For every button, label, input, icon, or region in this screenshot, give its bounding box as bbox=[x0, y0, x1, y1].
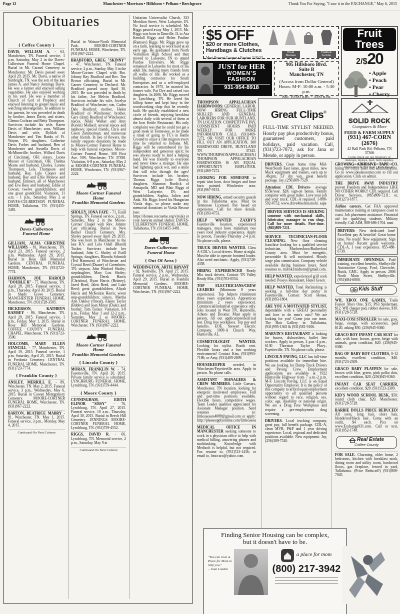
classified-ad-lead: HELP WANTED ZAXBY'S bbox=[197, 218, 256, 223]
obituary-name: BARTON, BEATRICE MABRY bbox=[8, 411, 62, 416]
classified-ad: BAG OF BABY BOY CLOTHES, 0-12 months, ex… bbox=[335, 350, 398, 365]
classified-ad: ARE YOU A MOTIVATED STYLIST, dependable … bbox=[265, 303, 327, 330]
classified-ad-lead: GRACO BOY INFANT CAR SEAT bbox=[335, 332, 393, 337]
exchange-figure-icon bbox=[345, 550, 391, 600]
classified-ad-lead: GRACO BABY PLAYPEN bbox=[335, 367, 382, 372]
svg-text:B: B bbox=[355, 288, 357, 292]
classified-ad: TRUCK DRIVER WANTED. Class A-CDL's. Loca… bbox=[197, 244, 256, 267]
classified-ad-lead: LINCOLN PAVING, LLC bbox=[265, 355, 307, 360]
mountains-cross-icon bbox=[350, 100, 390, 113]
classified-ad: HELP WANTED ZAXBY'S Fayetteville locatio… bbox=[197, 217, 256, 244]
obituary-name: ANSLEY, MERRILL E. bbox=[8, 380, 52, 385]
classified-ad-lead: MEDICAL OFFICE IN MANCHESTER bbox=[197, 425, 256, 434]
classified-ad-lead: COSMETOLOGIST WANTED. bbox=[197, 339, 256, 344]
obituary-name: HARMON, JOE HAROLD "DOUBLE H" bbox=[8, 276, 65, 285]
obituary-entry: SHOLEY, IONA FAYE - 71, Estill Springs, … bbox=[71, 209, 126, 329]
communities-list: Manchester • Morrison • Hillsboro • Pelh… bbox=[103, 0, 201, 8]
classified-ad: Airline careers. Get FAA approved mainte… bbox=[335, 203, 398, 226]
classified-ad-lead: SERVICE TECHNICIAN-FLOOR CLEANING. bbox=[265, 234, 327, 243]
joan-lunden-photo bbox=[234, 549, 268, 595]
classified-ad: IMMEDIATE OPENINGS. Paid training, excel… bbox=[338, 258, 396, 282]
classified-ad: LOOKING FOR SOMEONE to repair trim horn,… bbox=[197, 174, 256, 193]
obituary-name: MORAN, FRANKLIN W. bbox=[71, 367, 115, 372]
obituary-entry: BARTON, BEATRICE MABRY - 91, Winchester,… bbox=[8, 410, 65, 429]
classified-ad: DRIVER SERVICES IS SEEKING someone with … bbox=[268, 210, 325, 230]
section-sublabel: Coffee County bbox=[338, 443, 396, 447]
handbag-icon bbox=[302, 29, 315, 46]
classified-ad: DRIVERS. Great home time Mid-West/South … bbox=[265, 161, 327, 184]
store-address-box: 905 Hillsboro Blvd. Suite B Manchester, … bbox=[274, 61, 339, 96]
classified-ad: FOR SALE. Charming, older home, 2 bedroo… bbox=[335, 451, 398, 478]
funeral-home-logo: Daves-CulbertsonFuneral Home bbox=[133, 233, 189, 256]
obituary-name: HICKERSON, KATHRYN RAMSEY bbox=[8, 307, 65, 316]
classified-ad-lead: THOMPSON APPALACHIAN HARDWOODS: bbox=[197, 100, 256, 109]
obituary-entry: HOLCOMB, MARY ELLEN STANCILL - 77, Manch… bbox=[8, 341, 65, 372]
classified-ad: INFANT CAR SEAT CARRIER, excellent condi… bbox=[335, 381, 398, 392]
just-for-her-ad: JUST for HER WOMEN'S FASHION 931-954-891… bbox=[196, 61, 339, 96]
boxed-classified-ad: IMMEDIATE OPENINGS. Paid training, excel… bbox=[336, 256, 398, 283]
solid-rock-fine-print: Come check out our inventory of desktops… bbox=[343, 156, 396, 170]
horse-carriage-icon bbox=[23, 217, 51, 226]
store-hours: Hours: M-F: 10:00 a.m. - 5:30 p.m. bbox=[277, 84, 336, 94]
obituary-column-3: Unitarian Universalist Church, 333 Merid… bbox=[129, 15, 189, 599]
classified-ad: MAXI-COSI STROLLER for sale, gray, beige… bbox=[335, 316, 398, 331]
classified-ad-lead: HELP WANTED, bbox=[265, 274, 293, 279]
obituary-entry: CUNNINGHAM, EDITH ELINOR "SISSY" - 76, L… bbox=[71, 396, 126, 431]
place-for-mom-ad: Finding Senior Housing can be complex,bu… bbox=[203, 528, 347, 614]
classified-ad: SERVICE TECHNICIAN-FLOOR CLEANING. New f… bbox=[265, 233, 327, 272]
obituary-column-2: Burial in Watson-North Memorial Park. MO… bbox=[68, 39, 126, 599]
classified-ad-lead: BAG OF BABY BOY CLOTHES, bbox=[335, 351, 390, 356]
obituary-name: RIGGS, DAVID R. bbox=[71, 432, 110, 437]
coupon-clothing-images: Prom Dresses Fashion Gowns bbox=[267, 29, 336, 56]
obituary-entry: MORAN, FRANKLIN W. - 74, Fayetteville, T… bbox=[71, 366, 126, 389]
classified-ad-lead: WII, XBOX ONE GAMES, bbox=[335, 298, 386, 303]
classified-ad: LINCOLN PAVING, LLC has full-time positi… bbox=[265, 353, 327, 417]
alphabet-blocks-icon: AB bbox=[351, 287, 358, 293]
classified-ad-lead: DRIVERS. bbox=[265, 418, 283, 423]
fruit-trees-ad: Fruit Trees 2/$20 • Apple • Peach • Pear… bbox=[341, 26, 398, 96]
classified-ad: HIRING EXPERIENCED Ready Mix truck drive… bbox=[197, 267, 256, 282]
just-for-her-logo-box: JUST for HER WOMEN'S FASHION 931-954-891… bbox=[196, 61, 272, 96]
horse-carriage-icon bbox=[147, 235, 175, 244]
classified-ad-lead: BARBIE DOLLS PRICE REDUCED! bbox=[335, 408, 398, 413]
classified-ad: DRIVERS. Local trucking company, great p… bbox=[265, 417, 327, 444]
county-section-header: { Out Of Area } bbox=[133, 259, 189, 263]
mom-logo-words: a place for mom bbox=[296, 553, 331, 558]
great-clips-logo: Great Clips® bbox=[263, 109, 334, 121]
obituary-column-1: { Coffee County }DAVIS, WILLIAM A. - 63,… bbox=[8, 39, 65, 599]
classified-ad-lead: KID'S WOOD SCHOOL DESK, bbox=[335, 393, 389, 398]
funeral-home-name: Franklin Memorial Gardens bbox=[71, 201, 126, 206]
great-clips-text: FULL-TIME STYLIST NEEDED. Hourly pay plu… bbox=[263, 126, 334, 160]
store-phone: 931-954-8918 bbox=[213, 84, 270, 91]
model-photo bbox=[198, 63, 213, 94]
continued-note: Continued On Next Column bbox=[71, 447, 126, 453]
obituary-name: BRADFORD, GREG "SKINNY" bbox=[71, 58, 126, 63]
classified-ad: TOP ELECTRICIANS/CREW LEADERS (Minimum 8… bbox=[197, 282, 256, 338]
mom-headline: Finding Senior Housing can be complex,bu… bbox=[208, 532, 342, 547]
fine-print-line bbox=[275, 577, 338, 578]
svg-text:A: A bbox=[351, 288, 353, 292]
classified-ad: MARVIN'S RESTAURANT is looking for buser… bbox=[265, 330, 327, 353]
store-name: JUST for HER bbox=[213, 63, 270, 71]
classified-column-2: DRIVERS. Great home time Mid-West/South … bbox=[261, 161, 327, 528]
fine-print-line bbox=[275, 580, 338, 581]
woman-silhouette-icon bbox=[234, 549, 268, 595]
obituary-name: HOLCOMB, MARY ELLEN STANCILL bbox=[8, 342, 65, 351]
horse-carriage-icon bbox=[85, 181, 113, 190]
classified-section-header: ABKids Stuff bbox=[336, 286, 397, 295]
clothing-label: Fashion Gowns bbox=[317, 51, 336, 58]
continued-note: Continued On Next Column bbox=[8, 429, 65, 435]
classified-ad-lead: MARVIN'S RESTAURANT bbox=[265, 331, 310, 336]
classified-ad: HELP WANTED, experienced grill cook need… bbox=[265, 273, 327, 284]
blouse-icon bbox=[320, 29, 333, 46]
obituary-entry: ANSLEY, MERRILL E. - 89, Winchester, TN.… bbox=[8, 379, 65, 410]
solid-rock-ad: SOLID ROCK Computers & More FEED & FARM … bbox=[341, 98, 398, 159]
tree-icon bbox=[343, 69, 369, 99]
great-clips-ad: Great Clips® FULL-TIME STYLIST NEEDED. H… bbox=[258, 98, 339, 159]
classified-ad-lead: INFANT CAR SEAT CARRIER, bbox=[335, 382, 398, 387]
classified-ad-lead: DRIVERS. bbox=[265, 162, 283, 167]
classified-ad: Attention: CDL Drivers- average $55k/yea… bbox=[265, 184, 327, 207]
obituary-entry: GILLIAM, ALMA CHRISTINE WILLIAMS - 81, M… bbox=[8, 240, 65, 275]
woman-silhouette-icon bbox=[198, 63, 213, 94]
obituary-name: CUNNINGHAM, EDITH ELINOR "SISSY" bbox=[71, 397, 126, 406]
funeral-home-name: Franklin Memorial Gardens bbox=[71, 352, 126, 357]
classified-ad-lead: HOUSEKEEPER bbox=[197, 363, 225, 368]
classified-ad: NOW HIRING, armed security guards in the… bbox=[197, 194, 256, 217]
classified-ad-lead: THE DRIVE AWAY INDUSTRY bbox=[335, 181, 398, 186]
classified-ad: GRACO BABY PLAYPEN for sale, brown with … bbox=[335, 365, 398, 380]
funeral-home-name: Moore-Cortner Funeral Home bbox=[71, 343, 126, 353]
classified-ad: GRACO BOY INFANT CAR SEAT for sale, with… bbox=[335, 331, 398, 350]
solid-rock-phone: (931) 467-CORN (2676) bbox=[343, 135, 396, 147]
classified-ad: WII, XBOX ONE GAMES, Trails Fusion Xbox … bbox=[335, 297, 398, 316]
obituary-entry: DAVIS, WILLIAM A. - 63, Manchester, TN. … bbox=[8, 49, 65, 213]
classified-ad-lead: IMMEDIATE OPENINGS. bbox=[338, 257, 385, 262]
page-number: Page 12 bbox=[3, 0, 16, 8]
classified-ad: HELP WANTED, Total Refinishing is seekin… bbox=[265, 284, 327, 303]
coupon-detail: $20 or more Clothes, Handbags & Clutches bbox=[206, 43, 264, 55]
classified-ad: THOMPSON APPALACHIAN HARDWOODS: GENERAL … bbox=[197, 99, 256, 174]
classified-ad-lead: TRUCK DRIVER WANTED. bbox=[197, 245, 246, 250]
obituary-name: DAVIS, WILLIAM A. bbox=[8, 50, 50, 55]
classified-ad-lead: FOR SALE. bbox=[335, 452, 355, 457]
fruit-trees-title: Fruit Trees bbox=[343, 28, 396, 51]
county-section-header: { Moore County } bbox=[71, 391, 126, 395]
obituary-entry: WEDDINGTON, ARTIE BRYANT - 92, Nashville… bbox=[133, 264, 189, 295]
obituaries-section: Obituaries { Coffee County }DAVIS, WILLI… bbox=[3, 12, 193, 604]
county-section-header: { Franklin County } bbox=[8, 373, 65, 377]
solid-rock-address: 42 Ball Park Rd. Pelham, TN 37366 bbox=[343, 147, 396, 155]
obituary-entry: BRADFORD, GREG "SKINNY" - 47, Winchester… bbox=[71, 57, 126, 177]
classified-ad-lead: ASSISTANT MANAGERS & CREW MEMBERS. bbox=[197, 378, 256, 387]
classified-ad-lead: TOP ELECTRICIANS/CREW LEADERS bbox=[197, 284, 256, 293]
horse-carriage-icon bbox=[85, 333, 113, 342]
funeral-home-logo: Daves-CulbertsonFuneral Home bbox=[8, 215, 65, 238]
classified-ad: ASSISTANT MANAGERS & CREW MEMBERS. Littl… bbox=[197, 376, 256, 424]
boxed-classified-ad: DRIVER SERVICES IS SEEKING someone with … bbox=[266, 208, 327, 231]
fine-print-line bbox=[275, 583, 338, 584]
classified-ad-lead: HELP WANTED, bbox=[265, 285, 294, 290]
classified-ad: HOUSEKEEPER needed, in Winchester/Fayett… bbox=[197, 361, 256, 376]
obituary-entry: HICKERSON, KATHRYN RAMSEY - 86, Manchest… bbox=[8, 306, 65, 341]
paper-slogan: Thank You For Saying, "I saw it in the E… bbox=[288, 0, 397, 8]
coupon-fine-print: Must Present Coupon • Expires 5/30/15 bbox=[206, 56, 264, 60]
classified-ad-lead: Airline careers. bbox=[335, 204, 362, 209]
mom-quote: "You can trust A Place for Mom to help y… bbox=[208, 549, 234, 595]
funeral-home-logo: Moore-Cortner Funeral HomeFranklin Memor… bbox=[71, 331, 126, 359]
mom-phone: (800) 217-3942 bbox=[271, 564, 342, 575]
house-heart-icon bbox=[281, 549, 294, 562]
dress-icon bbox=[284, 29, 297, 46]
exchange-logo bbox=[342, 546, 394, 604]
store-line3: FASHION bbox=[213, 77, 270, 83]
coupon-amount: $5 OFF bbox=[206, 29, 264, 43]
obituary-entry: RIGGS, DAVID R. - 66, Lynchburg, TN. Mem… bbox=[71, 431, 126, 446]
solid-rock-line2: FEED & FARM SUPPLY bbox=[343, 130, 396, 135]
newspaper-page: { "colors": {"paper":"#f3f2ed","ink":"#1… bbox=[0, 0, 400, 614]
classified-ad-lead: Attention: CDL Drivers- bbox=[265, 185, 311, 190]
classified-ad-lead: MAXI-COSI STROLLER bbox=[335, 317, 377, 322]
classified-ad: BARBIE DOLLS PRICE REDUCED! All sorts, l… bbox=[335, 407, 398, 434]
classified-ad-lead: ARE YOU A MOTIVATED STYLIST, bbox=[265, 304, 327, 309]
coupon-ad: $5 OFF $20 or more Clothes, Handbags & C… bbox=[203, 26, 339, 59]
obituary-name: WEDDINGTON, ARTIE BRYANT bbox=[133, 265, 189, 270]
fruit-trees-price: 2/$20 bbox=[343, 51, 396, 69]
obituary-name: SHOLEY, IONA FAYE bbox=[71, 210, 108, 215]
funeral-home-name: Funeral Home bbox=[8, 232, 65, 237]
obituaries-title: Obituaries bbox=[4, 14, 128, 31]
funeral-home-name: Funeral Home bbox=[133, 250, 189, 255]
funeral-home-logo: Moore-Cortner Funeral HomeFranklin Memor… bbox=[71, 179, 126, 207]
page-header: Page 12 Manchester • Morrison • Hillsbor… bbox=[0, 0, 400, 11]
county-section-header: { Lincoln County } bbox=[71, 361, 126, 365]
boxed-classified-ad: DRIVERS: New dedicated lane! Excellent p… bbox=[336, 228, 398, 255]
dress-icon bbox=[267, 29, 280, 46]
obituary-entry: HARMON, JOE HAROLD "DOUBLE H" - 77, Manc… bbox=[8, 275, 65, 306]
classified-ad: COSMETOLOGIST WANTED. Looking for stylis… bbox=[197, 338, 256, 361]
classified-ad: THE DRIVE AWAY INDUSTRY proven Freedom a… bbox=[335, 180, 398, 203]
clothing-label: Prom Dresses bbox=[282, 51, 299, 58]
classified-ad-lead: NOW HIRING, bbox=[197, 195, 222, 200]
classified-column-1: THOMPSON APPALACHIAN HARDWOODS: GENERAL … bbox=[197, 99, 256, 528]
classified-ad-lead: HIRING EXPERIENCED bbox=[197, 269, 242, 274]
obituary-name: GILLIAM, ALMA CHRISTINE WILLIAMS bbox=[8, 241, 65, 250]
obituary-continuation: Burial in Watson-North Memorial Park. MO… bbox=[71, 39, 126, 57]
fruit-varieties: • Apple • Peach • Pear • Cherry bbox=[369, 71, 390, 99]
section-label: Kids Stuff bbox=[359, 287, 383, 293]
classified-ad: MEDICAL OFFICE IN MANCHESTER seeking som… bbox=[197, 424, 256, 459]
obituary-continuation: Unitarian Universalist Church, 333 Merid… bbox=[133, 15, 189, 231]
classified-ad: DRIVERS: New dedicated lane! Excellent p… bbox=[338, 229, 396, 253]
classified-ad-lead: LOOKING FOR SOMEONE bbox=[197, 176, 249, 181]
county-section-header: { Coffee County } bbox=[8, 43, 65, 47]
classified-ad-lead: DRIVERS: bbox=[338, 229, 356, 234]
classified-ad: KID'S WOOD SCHOOL DESK, $50; round cloth… bbox=[335, 392, 398, 407]
classified-section-header: Real EstateCoffee County bbox=[336, 436, 397, 449]
